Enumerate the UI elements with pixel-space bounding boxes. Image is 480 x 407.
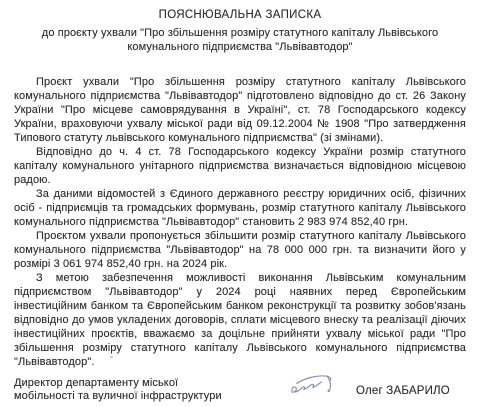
- paragraph-legal-basis: Проєкт ухвали "Про збільшення розміру ст…: [14, 75, 466, 145]
- document-title: ПОЯСНЮВАЛЬНА ЗАПИСКА: [0, 9, 480, 22]
- paragraph-code-provision: Відповідно до ч. 4 ст. 78 Господарського…: [14, 145, 466, 187]
- signer-name: Олег ЗАБАРИЛО: [356, 385, 450, 397]
- paragraph-justification: З метою забезпечення можливості виконанн…: [14, 271, 466, 369]
- document-subtitle-line-1: до проєкту ухвали "Про збільшення розмір…: [0, 26, 480, 40]
- signer-position: Директор департаменту міської мобільност…: [14, 377, 222, 403]
- document-body: Проєкт ухвали "Про збільшення розміру ст…: [14, 75, 466, 369]
- paragraph-current-capital: За даними відомостей з Єдиного державног…: [14, 187, 466, 229]
- paragraph-proposed-increase: Проєктом ухвали пропонується збільшити р…: [14, 229, 466, 271]
- signer-position-line-2: мобільності та вуличної інфраструктури: [14, 390, 222, 403]
- document-page: ПОЯСНЮВАЛЬНА ЗАПИСКА до проєкту ухвали "…: [0, 0, 480, 407]
- signer-position-line-1: Директор департаменту міської: [14, 377, 222, 390]
- scan-artifact-dot: [110, 356, 113, 358]
- document-subtitle-line-2: комунального підприємства "Львівавтодор": [0, 40, 480, 54]
- handwritten-signature-icon: [287, 370, 340, 401]
- document-header: ПОЯСНЮВАЛЬНА ЗАПИСКА до проєкту ухвали "…: [0, 0, 480, 54]
